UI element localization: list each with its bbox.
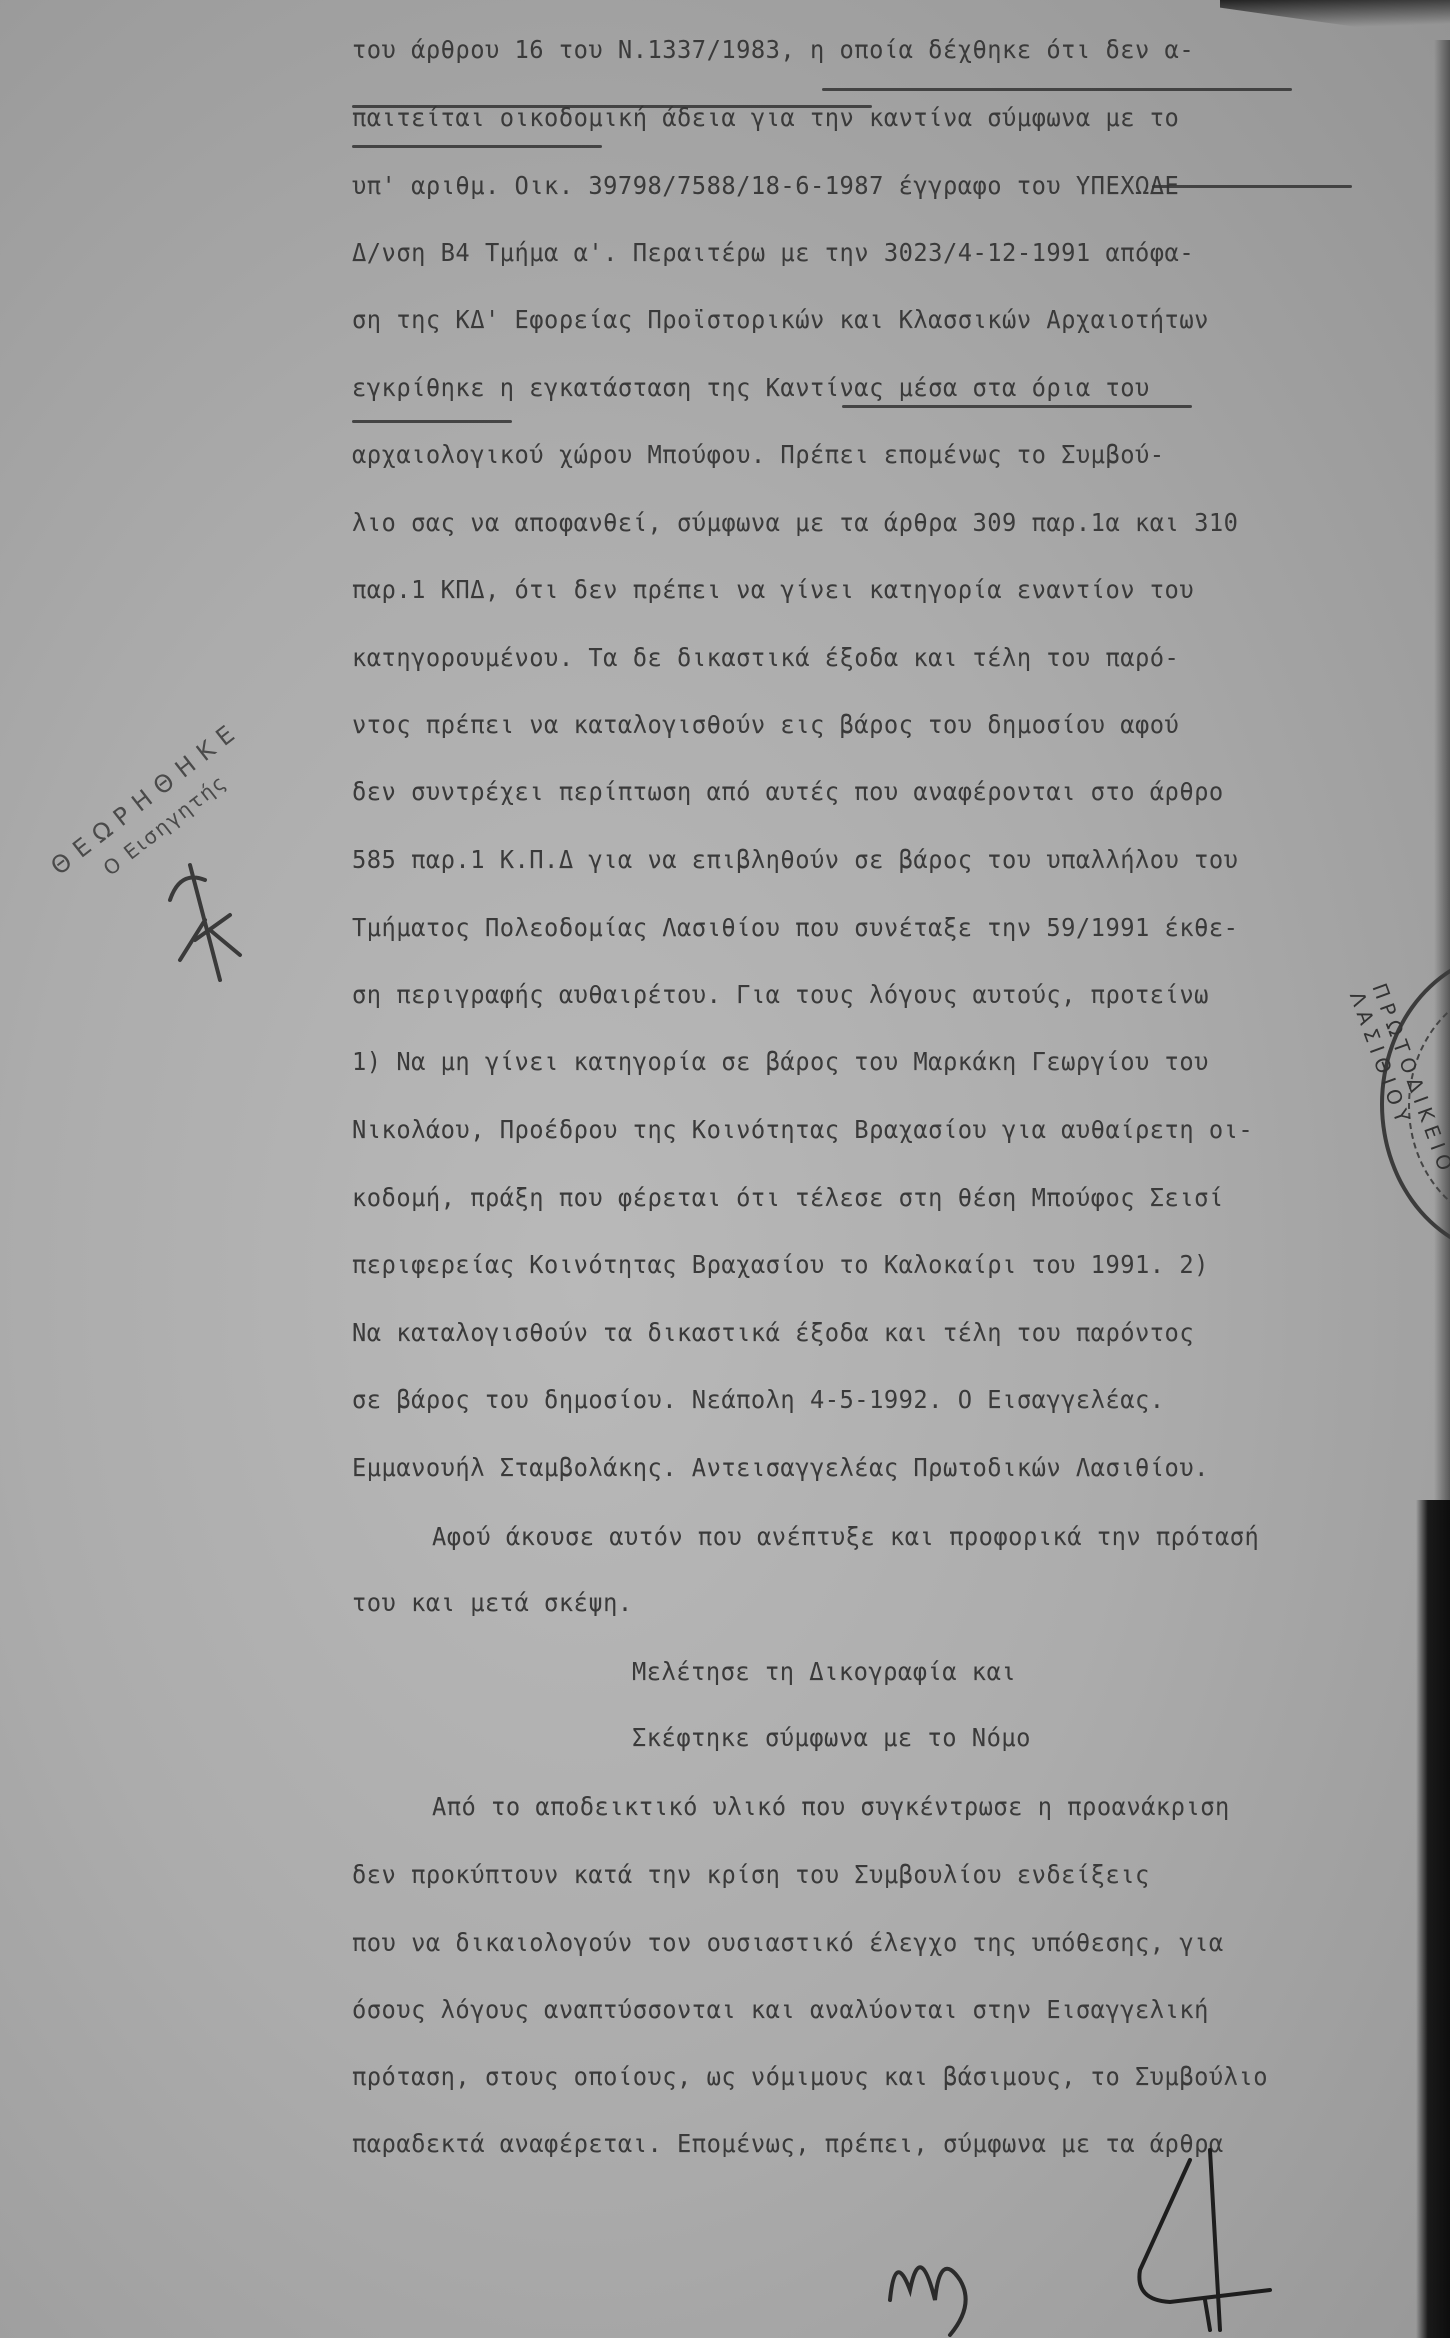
page-shadow-right [1434,40,1450,1500]
page-edge-right [1416,1500,1450,2338]
text-line: εγκρίθηκε η εγκατάσταση της Καντίνας μέσ… [352,368,1150,408]
text-line: Εμμανουήλ Σταμβολάκης. Αντεισαγγελέας Πρ… [352,1448,1209,1488]
text-line: 1) Να μη γίνει κατηγορία σε βάρος του Μα… [352,1042,1209,1082]
scanned-page: του άρθρου 16 του Ν.1337/1983, η οποία δ… [0,0,1450,2338]
text-line: που να δικαιολογούν τον ουσιαστικό έλεγχ… [352,1923,1224,1963]
text-line: Μελέτησε τη Δικογραφία και [632,1652,1016,1692]
text-line: Δ/νση Β4 Τμήμα α'. Περαιτέρω με την 3023… [352,233,1194,273]
text-line: Τμήματος Πολεοδομίας Λασιθίου που συνέτα… [352,908,1238,948]
text-line: δεν συντρέχει περίπτωση από αυτές που αν… [352,772,1224,812]
text-line: κατηγορουμένου. Τα δε δικαστικά έξοδα κα… [352,638,1179,678]
pen-underline [842,405,1192,408]
text-line: κοδομή, πράξη που φέρεται ότι τέλεσε στη… [352,1178,1224,1218]
text-line: ση της ΚΔ' Εφορείας Προϊστορικών και Κλα… [352,300,1209,340]
text-line: Νικολάου, Προέδρου της Κοινότητας Βραχασ… [352,1110,1253,1150]
pen-underline [352,105,872,108]
text-line: παιτείται οικοδομική άδεια για την καντί… [352,98,1179,138]
text-line: υπ' αριθμ. Οικ. 39798/7588/18-6-1987 έγγ… [352,166,1179,206]
text-line: Από το αποδεικτικό υλικό που συγκέντρωσε… [432,1787,1230,1827]
signature-1 [880,2230,1020,2338]
text-line: λιο σας να αποφανθεί, σύμφωνα με τα άρθρ… [352,503,1238,543]
text-line: Να καταλογισθούν τα δικαστικά έξοδα και … [352,1313,1194,1353]
text-line: περιφερείας Κοινότητας Βραχασίου το Καλο… [352,1245,1209,1285]
pen-underline [352,420,512,423]
text-line: του άρθρου 16 του Ν.1337/1983, η οποία δ… [352,30,1194,70]
signature-2 [1080,2150,1280,2338]
page-shadow-top [1220,0,1450,40]
stamp-signature [150,860,250,990]
text-line: πρόταση, στους οποίους, ως νόμιμους και … [352,2057,1268,2097]
text-line: όσους λόγους αναπτύσσονται και αναλύοντα… [352,1990,1209,2030]
pen-underline [352,145,602,148]
pen-underline [1152,185,1352,188]
text-line: 585 παρ.1 Κ.Π.Δ για να επιβληθούν σε βάρ… [352,840,1238,880]
text-line: παρ.1 ΚΠΔ, ότι δεν πρέπει να γίνει κατηγ… [352,570,1194,610]
text-line: ντος πρέπει να καταλογισθούν εις βάρος τ… [352,705,1179,745]
text-line: Αφού άκουσε αυτόν που ανέπτυξε και προφο… [432,1517,1259,1557]
text-line: δεν προκύπτουν κατά την κρίση του Συμβου… [352,1855,1150,1895]
text-line: του και μετά σκέψη. [352,1583,633,1623]
text-line: Σκέφτηκε σύμφωνα με το Νόμο [632,1718,1031,1758]
approval-stamp: ΘΕΩΡΗΘΗΚΕ Ο Εισηγητής [25,593,317,876]
pen-underline [822,88,1292,91]
text-line: αρχαιολογικού χώρου Μπούφου. Πρέπει επομ… [352,435,1165,475]
text-line: σε βάρος του δημοσίου. Νεάπολη 4-5-1992.… [352,1380,1165,1420]
text-line: ση περιγραφής αυθαιρέτου. Για τους λόγου… [352,975,1209,1015]
